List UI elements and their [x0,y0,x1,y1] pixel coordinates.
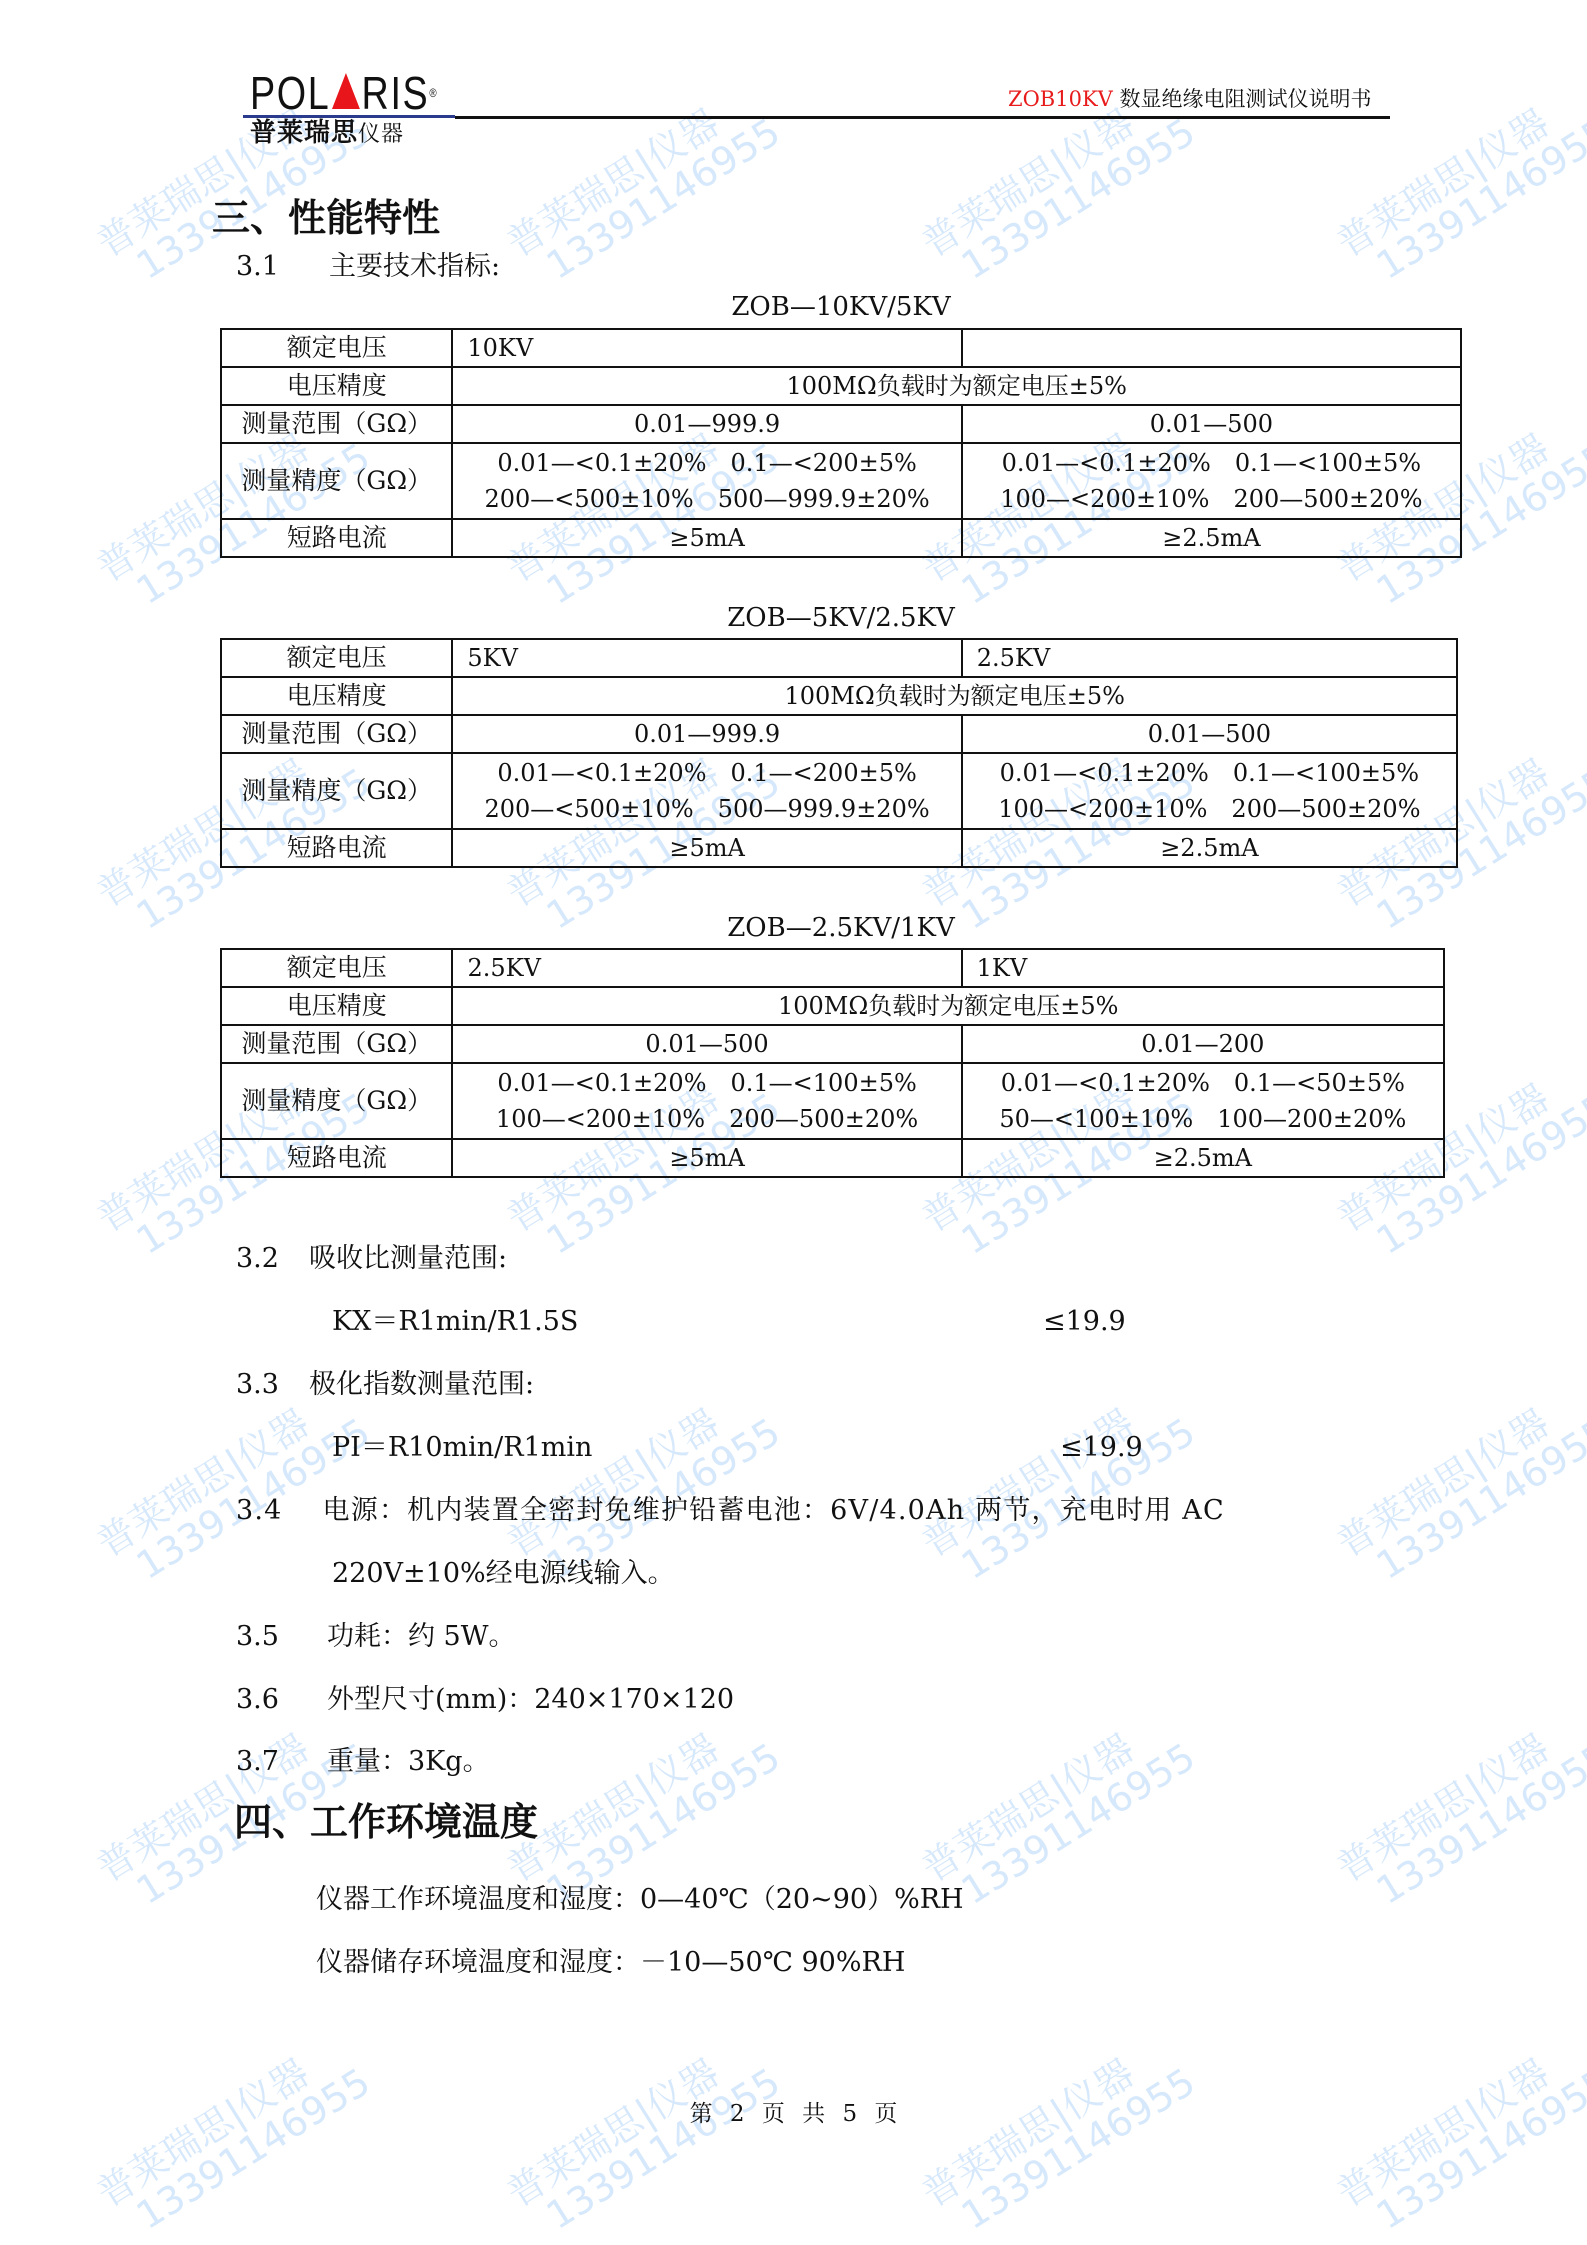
cell-a: 0.01—999.9 [452,405,961,443]
acc-item: 500—999.9±20% [718,481,930,517]
spec-table-2: 额定电压 5KV 2.5KV 电压精度 100MΩ负载时为额定电压±5% 测量范… [220,638,1458,868]
row-label: 电压精度 [221,367,452,405]
table-row: 短路电流 ≥5mA ≥2.5mA [221,829,1457,867]
watermark: 普莱瑞思|仪器13391146955 [90,2027,377,2245]
cell-b: ≥2.5mA [962,519,1461,557]
spec-table-1: 额定电压 10KV 电压精度 100MΩ负载时为额定电压±5% 测量范围（GΩ）… [220,328,1462,558]
row-label: 电压精度 [221,677,452,715]
row-label: 短路电流 [221,519,452,557]
acc-item: 0.01—<0.1±20% [1002,445,1211,481]
working-environment: 仪器工作环境温度和湿度：0—40℃（20~90）%RH [316,1883,964,1917]
section-3-5: 3.5功耗：约 5W。 [236,1620,515,1654]
cell-a: ≥5mA [452,1139,961,1177]
acc-item: 0.01—<0.1±20% [1001,1065,1210,1101]
acc-item: 200—500±20% [729,1101,918,1137]
table-row: 额定电压 2.5KV 1KV [221,949,1444,987]
acc-item: 50—<100±10% [999,1101,1193,1137]
logo-chinese: 普莱瑞思仪器 [250,118,404,150]
acc-item: 100—200±20% [1217,1101,1406,1137]
cell-b: 0.01—500 [962,715,1457,753]
pi-formula: PI＝R10min/R1min [332,1431,592,1465]
table-row: 额定电压 10KV [221,329,1461,367]
cell-b: ≥2.5mA [962,1139,1444,1177]
logo-text-right: RIS [362,67,430,119]
pi-limit: ≤19.9 [1060,1431,1143,1465]
cell-a: 0.01—<0.1±20%0.1—<200±5% 200—<500±10%500… [452,753,961,829]
acc-item: 200—<500±10% [485,481,694,517]
watermark: 普莱瑞思|仪器13391146955 [500,77,787,297]
row-label: 额定电压 [221,639,452,677]
table-row: 测量精度（GΩ） 0.01—<0.1±20%0.1—<100±5% 100—<2… [221,1063,1444,1139]
table-row: 短路电流 ≥5mA ≥2.5mA [221,519,1461,557]
acc-item: 0.1—<200±5% [731,755,917,791]
watermark: 普莱瑞思|仪器13391146955 [915,2027,1202,2245]
acc-item: 0.1—<100±5% [1233,755,1419,791]
table-row: 电压精度 100MΩ负载时为额定电压±5% [221,987,1444,1025]
table-3-caption: ZOB—2.5KV/1KV [220,913,1462,943]
cell-a: 0.01—500 [452,1025,961,1063]
acc-item: 0.01—<0.1±20% [1000,755,1209,791]
section-number: 3.5 [236,1621,279,1652]
table-row: 测量范围（GΩ） 0.01—999.9 0.01—500 [221,715,1457,753]
watermark: 普莱瑞思|仪器13391146955 [1330,1702,1587,1922]
section-number: 3.3 [236,1369,279,1400]
table-2-caption: ZOB—5KV/2.5KV [220,603,1462,633]
section-4-heading: 四、工作环境温度 [234,1800,538,1844]
table-row: 短路电流 ≥5mA ≥2.5mA [221,1139,1444,1177]
cell-b: 0.01—<0.1±20%0.1—<50±5% 50—<100±10%100—2… [962,1063,1444,1139]
acc-item: 500—999.9±20% [718,791,930,827]
acc-item: 0.01—<0.1±20% [497,445,706,481]
logo-text-left: POL [250,67,330,119]
cell-merged: 100MΩ负载时为额定电压±5% [452,677,1457,715]
section-3-4-cont: 220V±10%经电源线输入。 [332,1557,675,1591]
row-label: 测量精度（GΩ） [221,1063,452,1139]
cell-merged: 100MΩ负载时为额定电压±5% [452,987,1444,1025]
kx-limit: ≤19.9 [1043,1305,1126,1339]
section-number: 3.6 [236,1684,279,1715]
doc-title-text: 数显绝缘电阻测试仪说明书 [1120,87,1372,111]
section-3-heading: 三、性能特性 [212,196,440,240]
logo-cn-suffix: 仪器 [358,122,404,147]
row-label: 额定电压 [221,949,452,987]
acc-item: 0.1—<50±5% [1234,1065,1405,1101]
logo-polaris: POLRIS® [250,70,438,116]
row-label: 测量精度（GΩ） [221,753,452,829]
section-text: 重量：3Kg。 [327,1746,490,1777]
section-3-7: 3.7重量：3Kg。 [236,1745,490,1779]
section-text: 主要技术指标: [329,251,500,282]
section-number: 3.7 [236,1746,279,1777]
cell-a: ≥5mA [452,829,961,867]
acc-item: 0.1—<200±5% [731,445,917,481]
cell-a: 0.01—999.9 [452,715,961,753]
acc-item: 200—<500±10% [484,791,693,827]
cell-a: 0.01—<0.1±20%0.1—<200±5% 200—<500±10%500… [452,443,961,519]
doc-model: ZOB10KV [1008,87,1113,111]
section-text: 极化指数测量范围: [309,1369,534,1400]
header-rule [455,116,1390,119]
acc-item: 0.1—<100±5% [731,1065,917,1101]
kx-formula: KX＝R1min/R1.5S [332,1305,578,1339]
cell-b [962,329,1461,367]
table-row: 测量范围（GΩ） 0.01—999.9 0.01—500 [221,405,1461,443]
table-row: 测量精度（GΩ） 0.01—<0.1±20%0.1—<200±5% 200—<5… [221,443,1461,519]
row-label: 测量范围（GΩ） [221,405,452,443]
row-label: 测量范围（GΩ） [221,715,452,753]
section-text: 电源：机内装置全密封免维护铅蓄电池：6V/4.0Ah 两节，充电时用 AC [323,1495,1225,1526]
section-3-4: 3.4电源：机内装置全密封免维护铅蓄电池：6V/4.0Ah 两节，充电时用 AC [236,1494,1225,1528]
section-number: 3.1 [236,251,279,282]
logo-triangle-icon [332,73,360,109]
section-number: 3.4 [236,1495,283,1526]
row-label: 测量范围（GΩ） [221,1025,452,1063]
table-row: 电压精度 100MΩ负载时为额定电压±5% [221,677,1457,715]
table-row: 额定电压 5KV 2.5KV [221,639,1457,677]
cell-b: 0.01—<0.1±20%0.1—<100±5% 100—<200±10%200… [962,753,1457,829]
spec-table-3: 额定电压 2.5KV 1KV 电压精度 100MΩ负载时为额定电压±5% 测量范… [220,948,1445,1178]
cell-a: 0.01—<0.1±20%0.1—<100±5% 100—<200±10%200… [452,1063,961,1139]
cell-b: 2.5KV [962,639,1457,677]
cell-a: 2.5KV [452,949,961,987]
registered-mark: ® [429,86,438,100]
acc-item: 0.1—<100±5% [1235,445,1421,481]
cell-a: ≥5mA [452,519,961,557]
cell-b: 1KV [962,949,1444,987]
acc-item: 0.01—<0.1±20% [497,1065,706,1101]
watermark: 普莱瑞思|仪器13391146955 [1330,2027,1587,2245]
section-3-2: 3.2吸收比测量范围: [236,1242,507,1276]
table-row: 测量精度（GΩ） 0.01—<0.1±20%0.1—<200±5% 200—<5… [221,753,1457,829]
section-text: 功耗：约 5W。 [327,1621,516,1652]
cell-b: 0.01—500 [962,405,1461,443]
watermark: 普莱瑞思|仪器13391146955 [915,1377,1202,1597]
table-1-caption: ZOB—10KV/5KV [220,292,1462,322]
cell-a: 10KV [452,329,961,367]
storage-environment: 仪器储存环境温度和湿度：－10—50℃ 90%RH [316,1946,905,1980]
row-label: 额定电压 [221,329,452,367]
cell-merged: 100MΩ负载时为额定电压±5% [452,367,1461,405]
section-number: 3.2 [236,1243,279,1274]
row-label: 测量精度（GΩ） [221,443,452,519]
section-3-1: 3.1主要技术指标: [236,250,500,284]
section-text: 吸收比测量范围: [309,1243,507,1274]
section-3-6: 3.6外型尺寸(mm)：240×170×120 [236,1683,734,1717]
cell-b: ≥2.5mA [962,829,1457,867]
acc-item: 100—<200±10% [496,1101,705,1137]
cell-a: 5KV [452,639,961,677]
document-title: ZOB10KV 数显绝缘电阻测试仪说明书 [1008,86,1372,112]
row-label: 电压精度 [221,987,452,1025]
cell-b: 0.01—<0.1±20%0.1—<100±5% 100—<200±10%200… [962,443,1461,519]
logo-cn-name: 普莱瑞思 [250,118,358,148]
section-3-3: 3.3极化指数测量范围: [236,1368,534,1402]
row-label: 短路电流 [221,829,452,867]
cell-b: 0.01—200 [962,1025,1444,1063]
watermark: 普莱瑞思|仪器13391146955 [1330,1377,1587,1597]
watermark: 普莱瑞思|仪器13391146955 [500,2027,787,2245]
acc-item: 200—500±20% [1231,791,1420,827]
acc-item: 0.01—<0.1±20% [497,755,706,791]
acc-item: 100—<200±10% [1000,481,1209,517]
table-row: 测量范围（GΩ） 0.01—500 0.01—200 [221,1025,1444,1063]
section-text: 外型尺寸(mm)：240×170×120 [327,1684,734,1715]
acc-item: 200—500±20% [1233,481,1422,517]
acc-item: 100—<200±10% [998,791,1207,827]
page-number: 第 2 页 共 5 页 [0,2095,1587,2128]
table-row: 电压精度 100MΩ负载时为额定电压±5% [221,367,1461,405]
row-label: 短路电流 [221,1139,452,1177]
